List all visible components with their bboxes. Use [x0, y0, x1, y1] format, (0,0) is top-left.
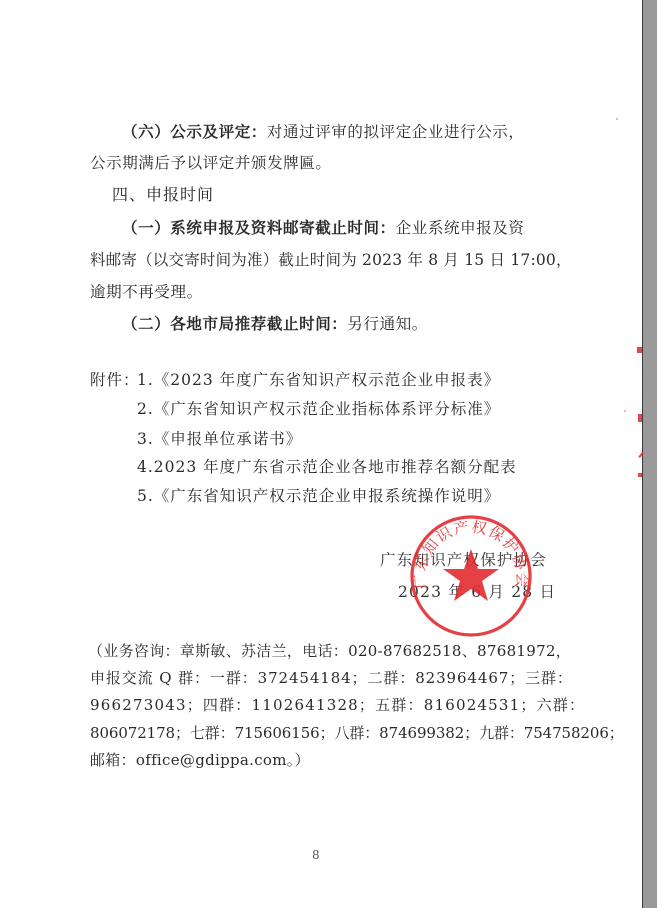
section-six-line-1: （六）公示及评定：对通过评审的拟评定企业进行公示，	[122, 122, 525, 142]
attachment-item-4: 4.2023 年度广东省示范企业各地市推荐名额分配表	[137, 457, 517, 477]
deadline-one-line-2: 料邮寄（以交寄时间为准）截止时间为 2023 年 8 月 15 日 17:00，	[90, 250, 572, 270]
official-seal-icon: 广东知识产权保护协会	[408, 513, 534, 639]
signature-date: 2023 年 6 月 28 日	[398, 582, 556, 602]
section-six-text: 对通过评审的拟评定企业进行公示，	[267, 123, 525, 141]
contact-line-1: （业务咨询：章斯敏、苏洁兰，电话：020-87682518、87681972，	[88, 641, 571, 661]
attachments-label: 附件：	[90, 370, 140, 390]
deadline-one-line-3: 逾期不再受理。	[90, 282, 203, 302]
contact-line-3: 966273043；四群：1102641328；五群：816024531；六群：	[90, 695, 585, 715]
document-page: （六）公示及评定：对通过评审的拟评定企业进行公示， 公示期满后予以评定并颁发牌匾…	[0, 0, 643, 908]
contact-line-5: 邮箱：office@gdippa.com。）	[90, 750, 310, 770]
speck	[616, 118, 618, 120]
attachment-item-5: 5.《广东省知识产权示范企业申报系统操作说明》	[137, 486, 500, 506]
seam-seal-fragment	[638, 414, 642, 422]
seam-seal-fragment	[638, 473, 642, 477]
section-six-lead: （六）公示及评定：	[122, 122, 267, 141]
deadline-one-line-1: （一）系统申报及资料邮寄截止时间：企业系统申报及资	[122, 218, 525, 238]
speck	[624, 410, 626, 412]
contact-line-2: 申报交流 Q 群：一群：372454184；二群：823964467；三群：	[90, 668, 573, 688]
attachment-item-2: 2.《广东省知识产权示范企业指标体系评分标准》	[137, 399, 500, 419]
deadline-two-text: 另行通知。	[347, 315, 428, 333]
section-six-line-2: 公示期满后予以评定并颁发牌匾。	[90, 153, 332, 173]
deadline-two-line: （二）各地市局推荐截止时间：另行通知。	[122, 314, 428, 334]
contact-line-4: 806072178；七群：715606156；八群：874699382；九群：7…	[90, 723, 624, 743]
deadline-one-lead: （一）系统申报及资料邮寄截止时间：	[122, 218, 396, 237]
page-number: 8	[312, 848, 320, 862]
deadline-two-lead: （二）各地市局推荐截止时间：	[122, 314, 347, 333]
seam-seal-fragment	[638, 452, 643, 458]
seam-seal-fragment	[637, 347, 642, 353]
attachment-item-1: 1.《2023 年度广东省知识产权示范企业申报表》	[137, 370, 500, 390]
attachment-item-3: 3.《申报单位承诺书》	[137, 429, 302, 449]
section-heading-application-time: 四、申报时间	[112, 185, 214, 205]
deadline-one-text: 企业系统申报及资	[396, 219, 525, 237]
signature-organization: 广东知识产权保护协会	[380, 550, 547, 570]
